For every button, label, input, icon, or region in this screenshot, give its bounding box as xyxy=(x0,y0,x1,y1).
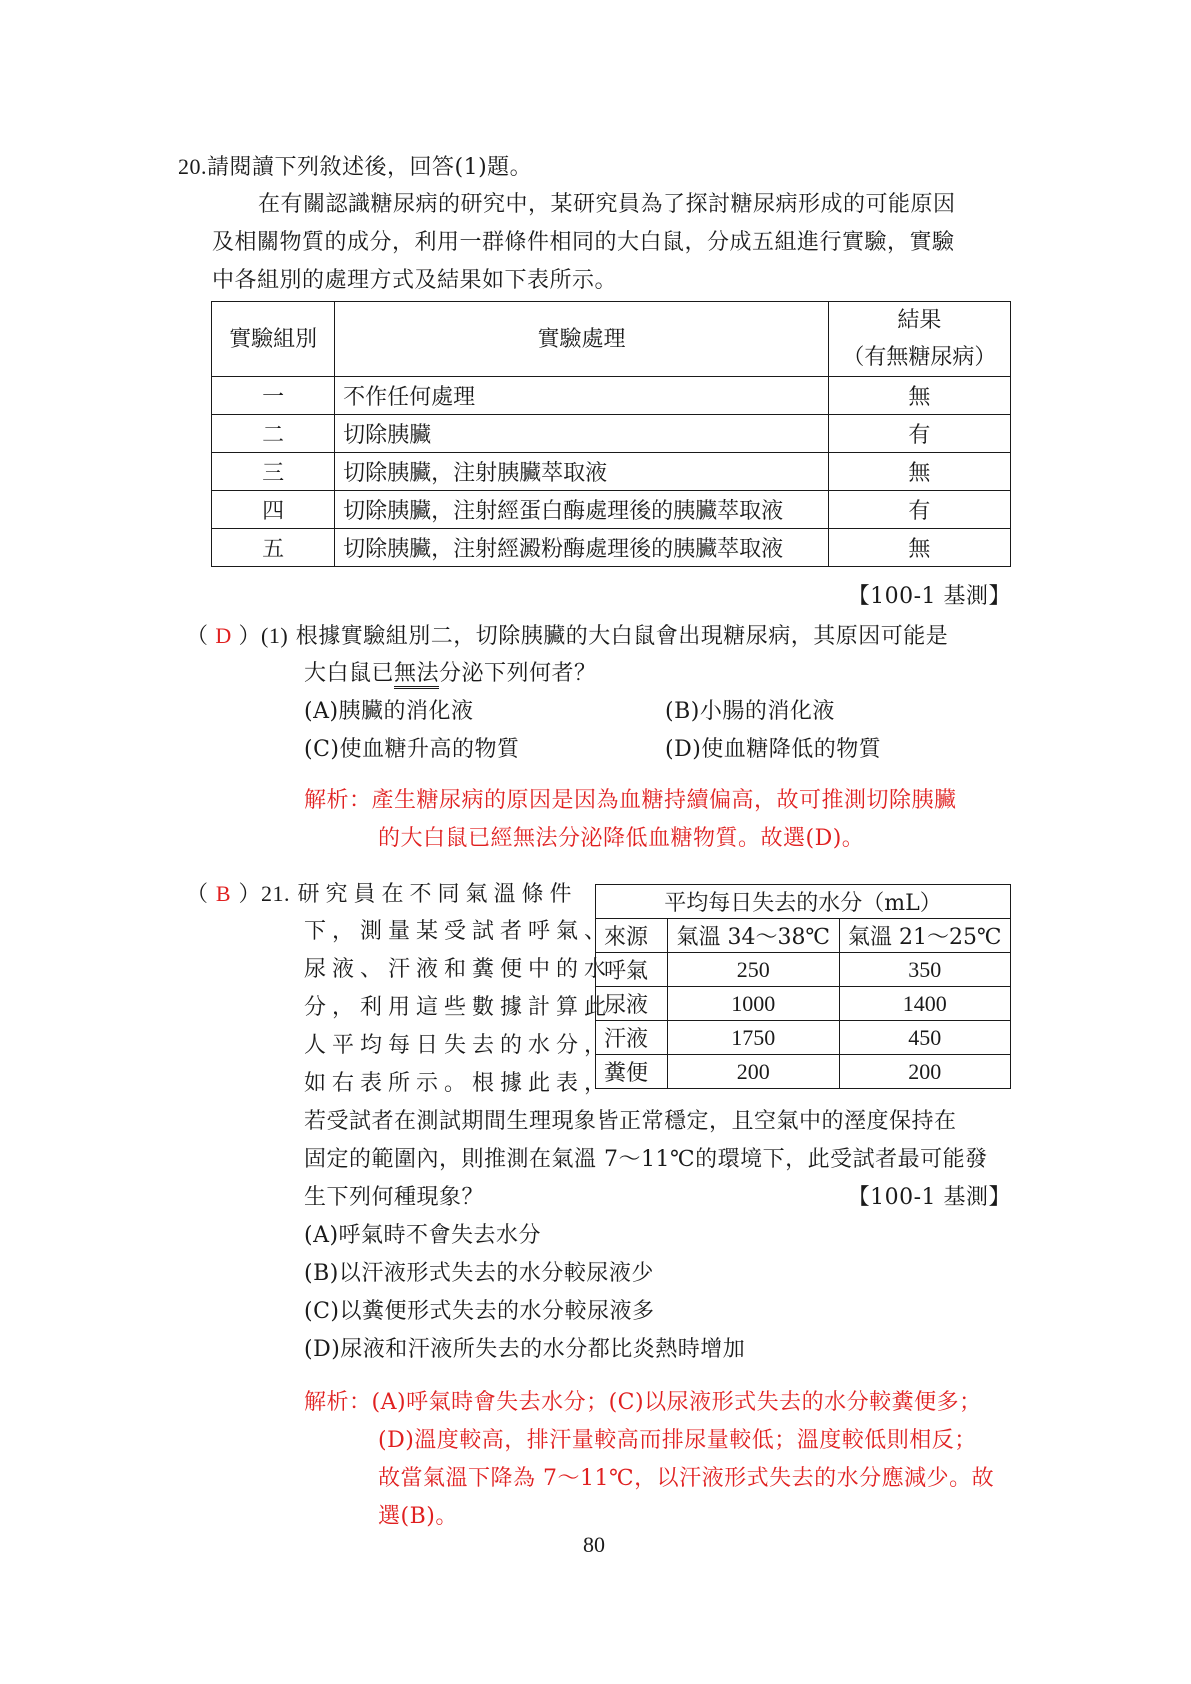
source-cell: 糞便 xyxy=(596,1055,668,1089)
q21-analysis-line-1: 解析：(A)呼氣時會失去水分；(C)以尿液形式失去的水分較糞便多； xyxy=(304,1384,982,1422)
hot-cell: 200 xyxy=(668,1055,840,1089)
source-cell: 汗液 xyxy=(596,1021,668,1055)
q20-source: 【100-1 基測】 xyxy=(848,578,1011,616)
treatment-cell: 切除胰臟，注射經蛋白酶處理後的胰臟萃取液 xyxy=(335,491,829,529)
mild-cell: 200 xyxy=(839,1055,1011,1089)
table-row: 三 切除胰臟，注射胰臟萃取液 無 xyxy=(212,453,1011,491)
sub1-analysis-line-1: 解析：產生糖尿病的原因是因為血糖持續偏高，故可推測切除胰臟 xyxy=(304,782,957,820)
q20-sub1-answer-line: （D）(1) 根據實驗組別二，切除胰臟的大白鼠會出現糖尿病，其原因可能是 xyxy=(186,617,948,656)
analysis-label: 解析： xyxy=(304,1390,372,1415)
q21-option-b: (B)以汗液形式失去的水分較尿液少 xyxy=(304,1255,654,1293)
hot-cell: 250 xyxy=(668,953,840,987)
q21-option-c: (C)以糞便形式失去的水分較尿液多 xyxy=(304,1293,655,1331)
result-cell: 有 xyxy=(828,491,1010,529)
header-hot: 氣溫 34～38℃ xyxy=(668,919,840,953)
q20-paragraph-line-3: 中各組別的處理方式及結果如下表所示。 xyxy=(212,262,617,300)
table-title-row: 平均每日失去的水分（mL） xyxy=(596,885,1011,919)
table-header-row: 實驗組別 實驗處理 結果（有無糖尿病） xyxy=(212,302,1011,377)
q21-option-a: (A)呼氣時不會失去水分 xyxy=(304,1217,541,1255)
table-row: 一 不作任何處理 無 xyxy=(212,377,1011,415)
q21-stem-line-6: 如右表所示。根據此表， xyxy=(304,1065,612,1103)
q21-option-d: (D)尿液和汗液所失去的水分都比炎熱時增加 xyxy=(304,1331,745,1369)
table-row: 糞便 200 200 xyxy=(596,1055,1011,1089)
header-mild: 氣溫 21～25℃ xyxy=(839,919,1011,953)
group-cell: 一 xyxy=(212,377,335,415)
q21-cont-line-1: 若受試者在測試期間生理現象皆正常穩定，且空氣中的溼度保持在 xyxy=(304,1103,957,1141)
q21-answer-line: （B）21. 研究員在不同氣溫條件 xyxy=(186,875,578,914)
q21-stem-line-5: 人平均每日失去的水分， xyxy=(304,1027,612,1065)
q21-stem-line-4: 分，利用這些數據計算此 xyxy=(304,989,612,1027)
table-row: 四 切除胰臟，注射經蛋白酶處理後的胰臟萃取液 有 xyxy=(212,491,1011,529)
result-cell: 無 xyxy=(828,453,1010,491)
sub1-question-line-1: 根據實驗組別二，切除胰臟的大白鼠會出現糖尿病，其原因可能是 xyxy=(296,624,949,649)
treatment-cell: 不作任何處理 xyxy=(335,377,829,415)
sub1-question-line-2: 大白鼠已無法分泌下列何者？ xyxy=(304,655,597,693)
header-source: 來源 xyxy=(596,919,668,953)
page-number: 80 xyxy=(583,1532,605,1558)
mild-cell: 450 xyxy=(839,1021,1011,1055)
result-cell: 無 xyxy=(828,529,1010,567)
table-row: 尿液 1000 1400 xyxy=(596,987,1011,1021)
group-cell: 五 xyxy=(212,529,335,567)
table-title: 平均每日失去的水分（mL） xyxy=(596,885,1011,919)
treatment-cell: 切除胰臟 xyxy=(335,415,829,453)
mild-cell: 350 xyxy=(839,953,1011,987)
sub1-analysis-line-2: 的大白鼠已經無法分泌降低血糖物質。故選(D)。 xyxy=(378,820,864,858)
hot-cell: 1000 xyxy=(668,987,840,1021)
header-result: 結果（有無糖尿病） xyxy=(828,302,1010,377)
result-cell: 無 xyxy=(828,377,1010,415)
experiment-table: 實驗組別 實驗處理 結果（有無糖尿病） 一 不作任何處理 無 二 切除胰臟 有 … xyxy=(211,301,1011,567)
sub1-option-d: (D)使血糖降低的物質 xyxy=(665,731,881,769)
analysis-label: 解析： xyxy=(304,788,372,813)
q20-paragraph-line-2: 及相關物質的成分，利用一群條件相同的大白鼠，分成五組進行實驗，實驗 xyxy=(212,224,955,262)
q21-cont-line-2: 固定的範圍內，則推測在氣溫 7～11℃的環境下，此受試者最可能發 xyxy=(304,1141,988,1179)
q20-intro: 請閱讀下列敘述後，回答(1)題。 xyxy=(207,155,532,180)
group-cell: 三 xyxy=(212,453,335,491)
q21-stem-line-2: 下，測量某受試者呼氣、 xyxy=(304,913,612,951)
q21-cont-line-3: 生下列何種現象？ xyxy=(304,1179,484,1217)
q21-number: 21. xyxy=(261,881,290,906)
sub1-option-c: (C)使血糖升高的物質 xyxy=(304,731,520,769)
source-cell: 尿液 xyxy=(596,987,668,1021)
source-cell: 呼氣 xyxy=(596,953,668,987)
table-row: 五 切除胰臟，注射經澱粉酶處理後的胰臟萃取液 無 xyxy=(212,529,1011,567)
result-cell: 有 xyxy=(828,415,1010,453)
q21-source: 【100-1 基測】 xyxy=(848,1179,1011,1217)
table-row: 呼氣 250 350 xyxy=(596,953,1011,987)
q20-paragraph-line-1: 在有關認識糖尿病的研究中，某研究員為了探討糖尿病形成的可能原因 xyxy=(258,186,956,224)
q21-analysis-line-3: 故當氣溫下降為 7～11℃，以汗液形式失去的水分應減少。故 xyxy=(378,1460,994,1498)
table-row: 汗液 1750 450 xyxy=(596,1021,1011,1055)
q21-analysis-line-2: (D)溫度較高，排汗量較高而排尿量較低；溫度較低則相反； xyxy=(378,1422,977,1460)
treatment-cell: 切除胰臟，注射經澱粉酶處理後的胰臟萃取液 xyxy=(335,529,829,567)
table-row: 二 切除胰臟 有 xyxy=(212,415,1011,453)
table-header-row: 來源 氣溫 34～38℃ 氣溫 21～25℃ xyxy=(596,919,1011,953)
sub1-option-a: (A)胰臟的消化液 xyxy=(304,693,474,731)
q21-analysis-line-4: 選(B)。 xyxy=(378,1498,458,1536)
hot-cell: 1750 xyxy=(668,1021,840,1055)
sub1-option-b: (B)小腸的消化液 xyxy=(665,693,835,731)
mild-cell: 1400 xyxy=(839,987,1011,1021)
header-treatment: 實驗處理 xyxy=(335,302,829,377)
q20-number: 20. xyxy=(178,154,207,179)
answer-b: B xyxy=(209,875,239,913)
answer-d: D xyxy=(209,617,239,655)
q21-stem-line-1: 研究員在不同氣溫條件 xyxy=(298,882,578,907)
water-loss-table: 平均每日失去的水分（mL） 來源 氣溫 34～38℃ 氣溫 21～25℃ 呼氣 … xyxy=(595,884,1011,1089)
q20-header: 20.請閱讀下列敘述後，回答(1)題。 xyxy=(178,148,532,187)
group-cell: 二 xyxy=(212,415,335,453)
header-group: 實驗組別 xyxy=(212,302,335,377)
treatment-cell: 切除胰臟，注射胰臟萃取液 xyxy=(335,453,829,491)
sub1-label: (1) xyxy=(261,623,288,648)
group-cell: 四 xyxy=(212,491,335,529)
q21-stem-line-3: 尿液、汗液和糞便中的水 xyxy=(304,951,612,989)
emphasis-cannot: 無法 xyxy=(394,661,439,689)
